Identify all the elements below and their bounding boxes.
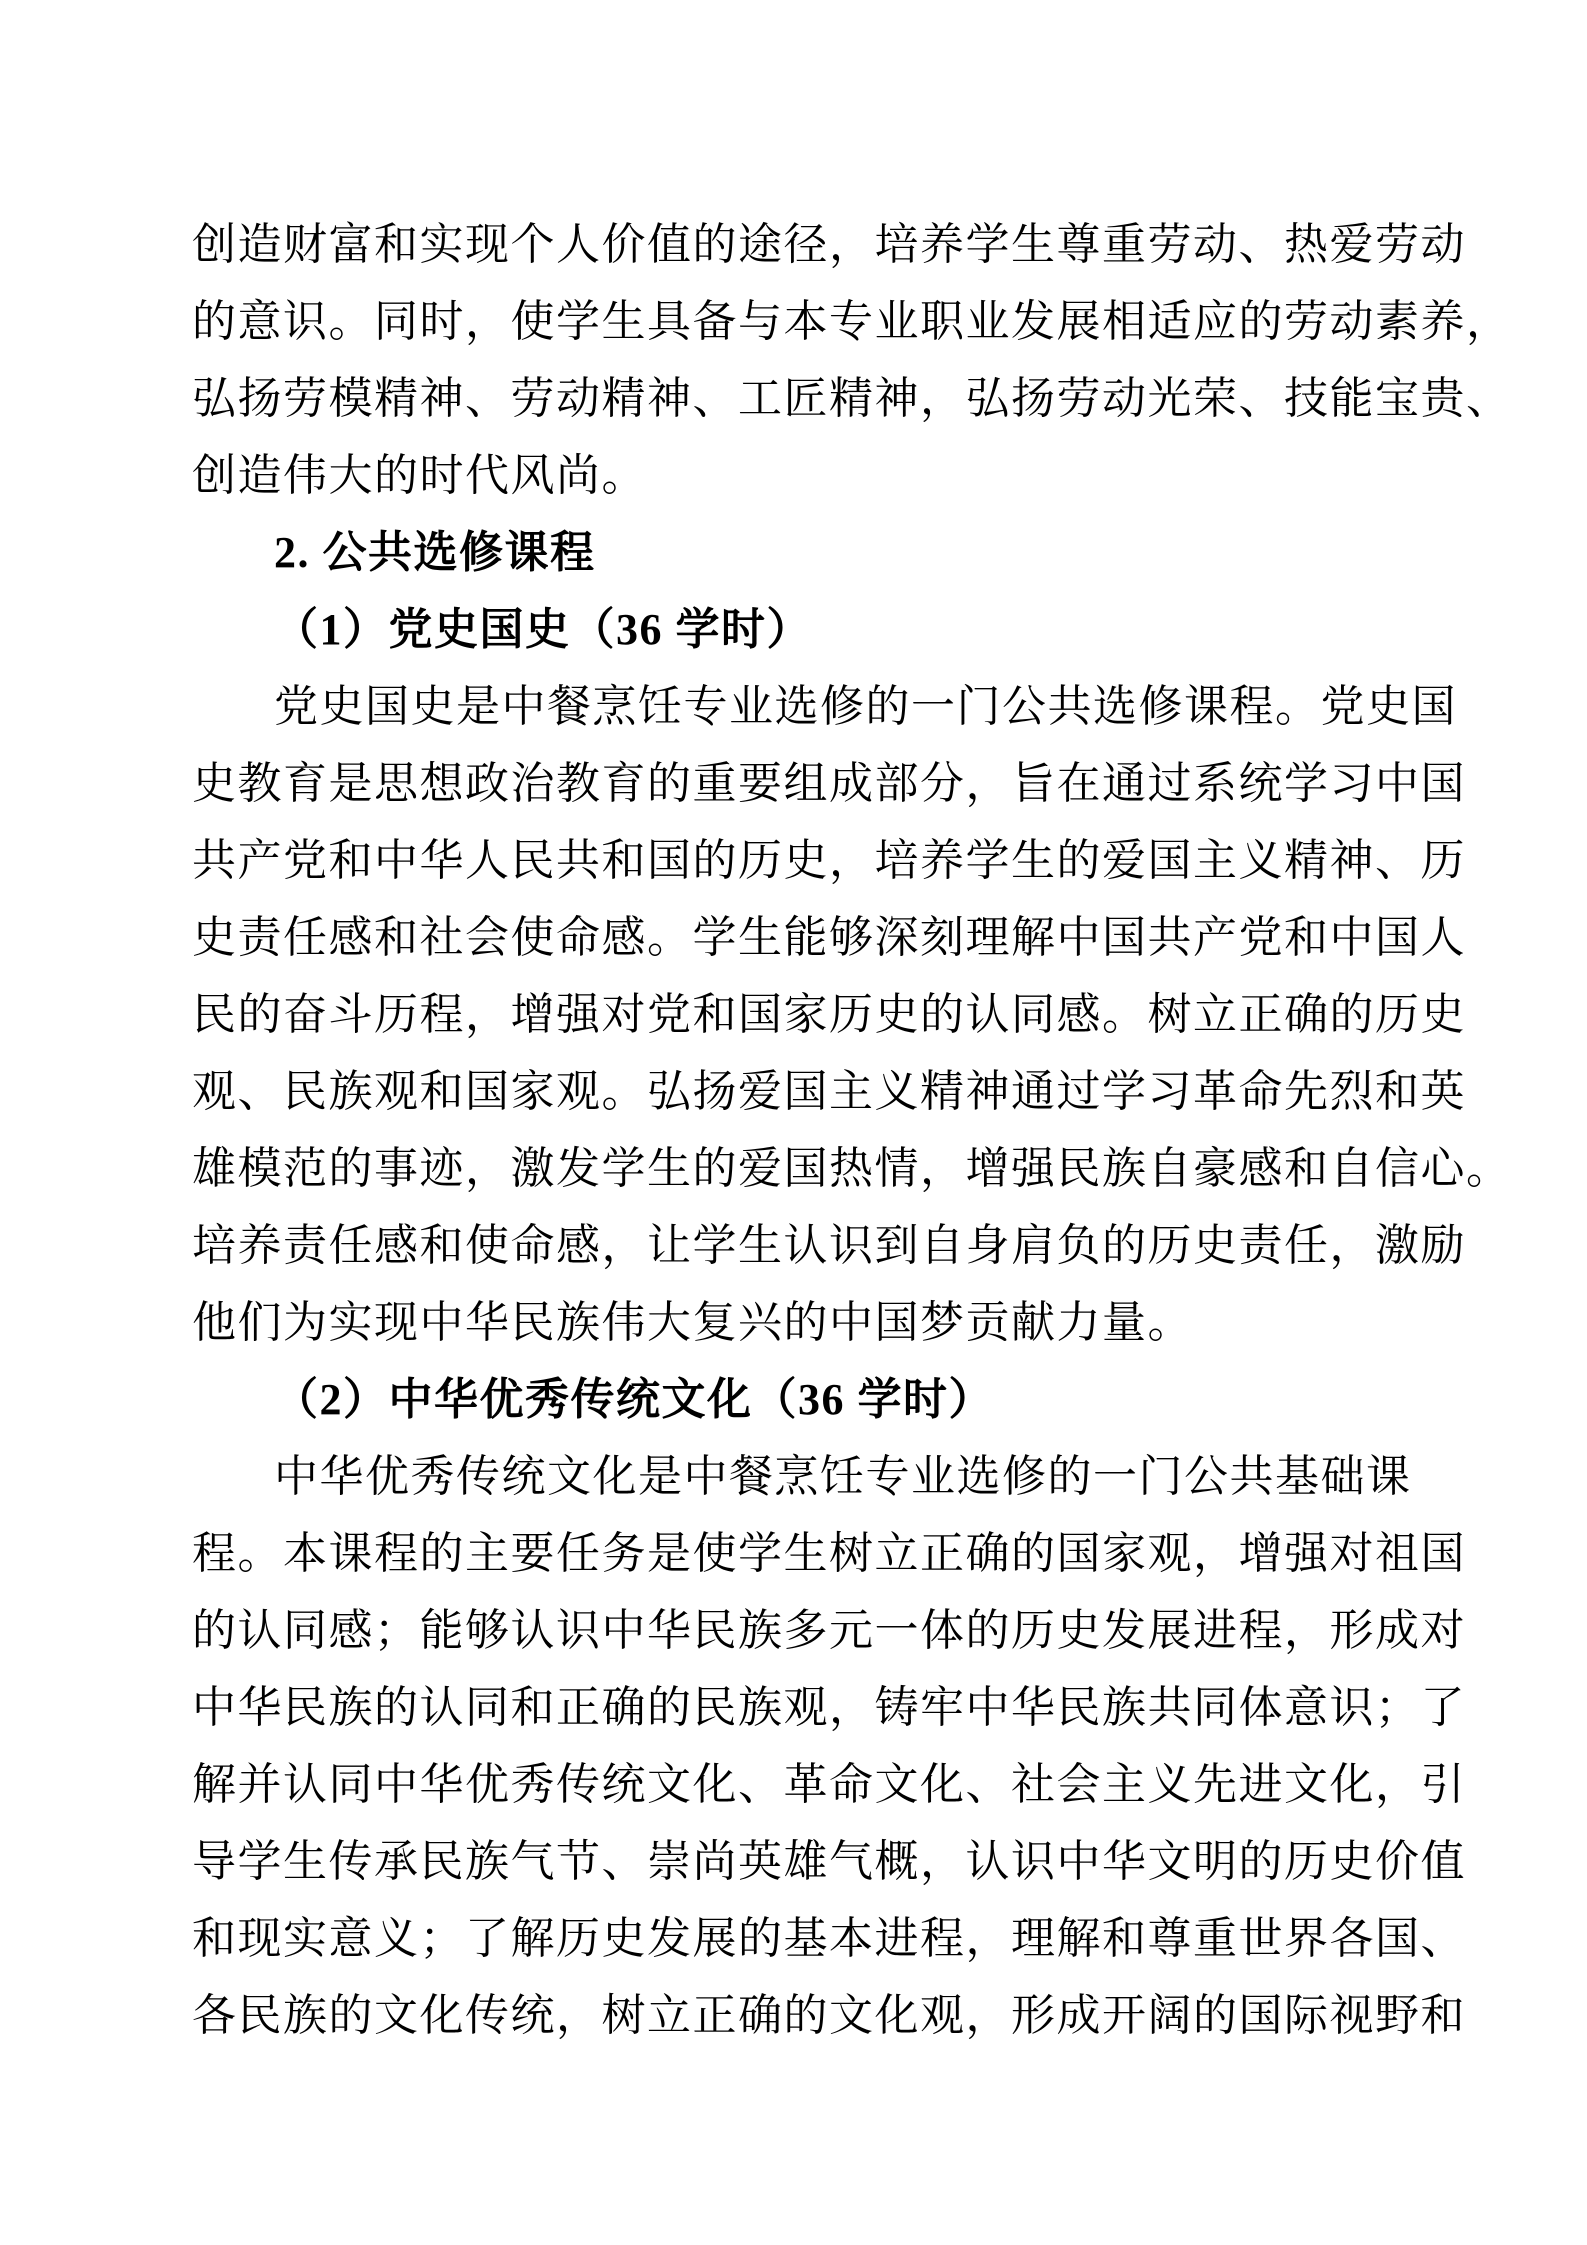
document-body: 创造财富和实现个人价值的途径，培养学生尊重劳动、热爱劳动 的意识。同时，使学生具… <box>192 206 1477 2054</box>
text-line: 培养责任感和使命感，让学生认识到自身肩负的历史责任，激励 <box>192 1207 1477 1284</box>
text-line: 共产党和中华人民共和国的历史，培养学生的爱国主义精神、历 <box>192 822 1477 899</box>
text-line: 程。本课程的主要任务是使学生树立正确的国家观，增强对祖国 <box>192 1515 1477 1592</box>
document-page: 创造财富和实现个人价值的途径，培养学生尊重劳动、热爱劳动 的意识。同时，使学生具… <box>0 0 1587 2245</box>
text-line: 史责任感和社会使命感。学生能够深刻理解中国共产党和中国人 <box>192 899 1477 976</box>
text-line: 的认同感；能够认识中华民族多元一体的历史发展进程，形成对 <box>192 1592 1477 1669</box>
text-line: 史教育是思想政治教育的重要组成部分，旨在通过系统学习中国 <box>192 745 1477 822</box>
text-line: 民的奋斗历程，增强对党和国家历史的认同感。树立正确的历史 <box>192 976 1477 1053</box>
subsection-heading-traditional-culture: （2）中华优秀传统文化（36 学时） <box>192 1361 1477 1438</box>
text-line: 导学生传承民族气节、崇尚英雄气概，认识中华文明的历史价值 <box>192 1823 1477 1900</box>
text-line: 中华民族的认同和正确的民族观，铸牢中华民族共同体意识；了 <box>192 1669 1477 1746</box>
section-heading-public-electives: 2. 公共选修课程 <box>192 514 1477 591</box>
text-line: 他们为实现中华民族伟大复兴的中国梦贡献力量。 <box>192 1284 1477 1361</box>
text-line: 的意识。同时，使学生具备与本专业职业发展相适应的劳动素养， <box>192 283 1477 360</box>
subsection-heading-party-history: （1）党史国史（36 学时） <box>192 591 1477 668</box>
text-line: 弘扬劳模精神、劳动精神、工匠精神，弘扬劳动光荣、技能宝贵、 <box>192 360 1477 437</box>
text-line: 雄模范的事迹，激发学生的爱国热情，增强民族自豪感和自信心。 <box>192 1130 1477 1207</box>
text-line: 和现实意义；了解历史发展的基本进程，理解和尊重世界各国、 <box>192 1900 1477 1977</box>
text-line: 创造伟大的时代风尚。 <box>192 437 1477 514</box>
paragraph-first-line: 中华优秀传统文化是中餐烹饪专业选修的一门公共基础课 <box>192 1438 1477 1515</box>
text-line: 观、民族观和国家观。弘扬爱国主义精神通过学习革命先烈和英 <box>192 1053 1477 1130</box>
text-line: 解并认同中华优秀传统文化、革命文化、社会主义先进文化，引 <box>192 1746 1477 1823</box>
text-line: 创造财富和实现个人价值的途径，培养学生尊重劳动、热爱劳动 <box>192 206 1477 283</box>
paragraph-first-line: 党史国史是中餐烹饪专业选修的一门公共选修课程。党史国 <box>192 668 1477 745</box>
text-line: 各民族的文化传统，树立正确的文化观，形成开阔的国际视野和 <box>192 1977 1477 2054</box>
